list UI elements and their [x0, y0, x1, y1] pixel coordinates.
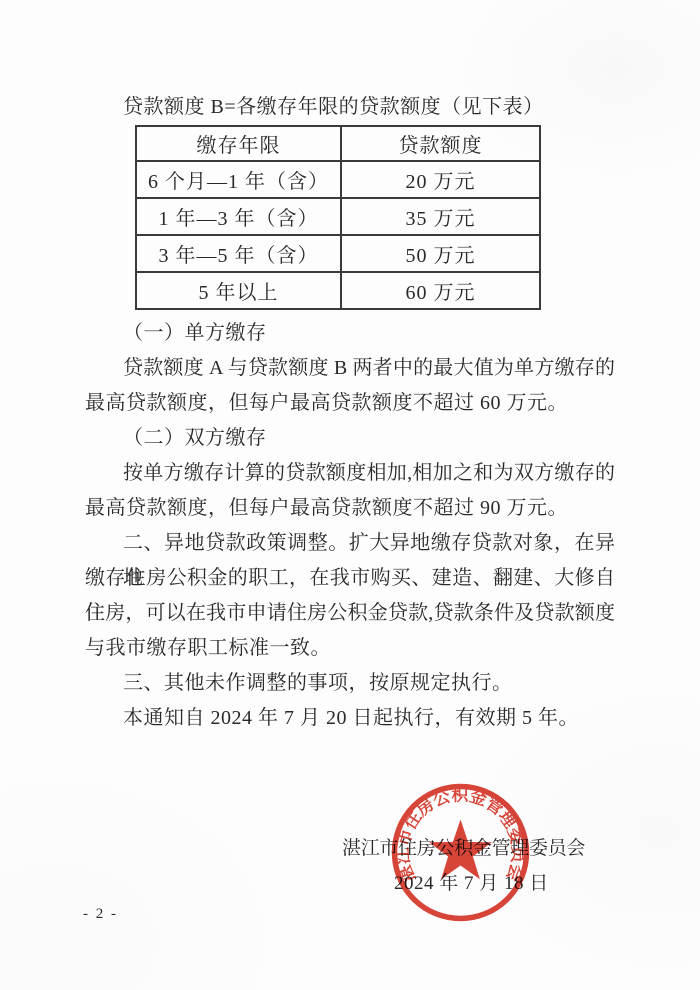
column-header-loan-amount: 贷款额度	[341, 126, 540, 161]
column-header-deposit-term: 缴存年限	[136, 126, 341, 161]
loan-table-body: 6 个月—1 年（含） 20 万元 1 年—3 年（含） 35 万元 3 年—5…	[136, 161, 540, 309]
official-seal: 湛江市住房公积金管理委员会	[388, 780, 533, 925]
loan-table-header: 缴存年限 贷款额度	[136, 126, 540, 161]
table-row: 1 年—3 年（含） 35 万元	[136, 198, 540, 235]
body-line: （二）双方缴存	[85, 421, 615, 456]
deposit-term-cell: 3 年—5 年（含）	[136, 235, 341, 272]
document-page: 贷款额度 B=各缴存年限的贷款额度（见下表） 缴存年限 贷款额度 6 个月—1 …	[0, 0, 700, 990]
table-row: 6 个月—1 年（含） 20 万元	[136, 161, 540, 198]
loan-amount-table: 缴存年限 贷款额度 6 个月—1 年（含） 20 万元 1 年—3 年（含） 3…	[135, 125, 541, 310]
body-line: 贷款额度 A 与贷款额度 B 两者中的最大值为单方缴存的	[85, 351, 615, 386]
deposit-term-cell: 6 个月—1 年（含）	[136, 161, 341, 198]
body-line: 最高贷款额度，但每户最高贷款额度不超过 60 万元。	[85, 386, 615, 421]
body-text: （一）单方缴存 贷款额度 A 与贷款额度 B 两者中的最大值为单方缴存的 最高贷…	[85, 316, 615, 736]
deposit-term-cell: 1 年—3 年（含）	[136, 198, 341, 235]
intro-line: 贷款额度 B=各缴存年限的贷款额度（见下表）	[85, 94, 615, 120]
loan-amount-cell: 35 万元	[341, 198, 540, 235]
table-row: 5 年以上 60 万元	[136, 272, 540, 309]
table-row: 3 年—5 年（含） 50 万元	[136, 235, 540, 272]
table-header-row: 缴存年限 贷款额度	[136, 126, 540, 161]
page-number: - 2 -	[83, 906, 118, 923]
body-line: 缴存住房公积金的职工，在我市购买、建造、翻建、大修自住	[85, 561, 615, 596]
body-line: 本通知自 2024 年 7 月 20 日起执行，有效期 5 年。	[85, 701, 615, 736]
body-line: （一）单方缴存	[85, 316, 615, 351]
body-line: 最高贷款额度，但每户最高贷款额度不超过 90 万元。	[85, 491, 615, 526]
loan-amount-cell: 50 万元	[341, 235, 540, 272]
deposit-term-cell: 5 年以上	[136, 272, 341, 309]
seal-star-icon	[429, 820, 492, 880]
loan-amount-cell: 20 万元	[341, 161, 540, 198]
body-line: 住房，可以在我市申请住房公积金贷款,贷款条件及贷款额度	[85, 596, 615, 631]
loan-amount-cell: 60 万元	[341, 272, 540, 309]
body-line: 按单方缴存计算的贷款额度相加,相加之和为双方缴存的	[85, 456, 615, 491]
body-line: 与我市缴存职工标准一致。	[85, 631, 615, 666]
body-line: 二、异地贷款政策调整。扩大异地缴存贷款对象，在异地	[85, 526, 615, 561]
body-line: 三、其他未作调整的事项，按原规定执行。	[85, 666, 615, 701]
